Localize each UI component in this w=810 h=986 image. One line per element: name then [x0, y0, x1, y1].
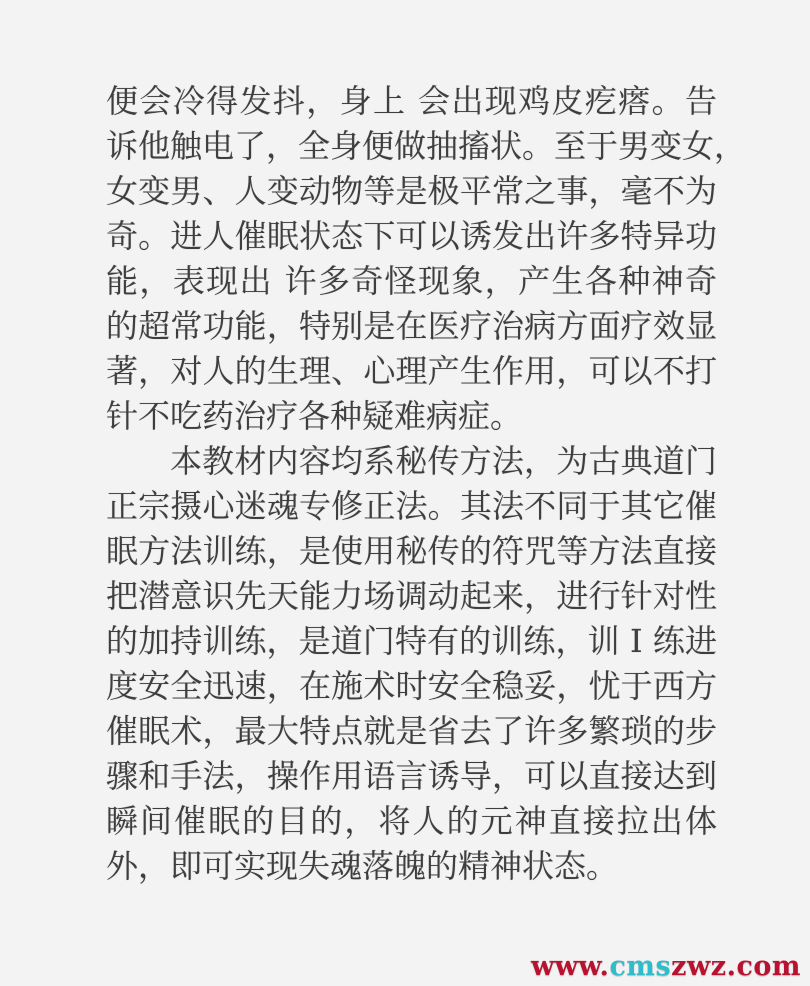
text-line: 正宗摄心迷魂专修正法。其法不同于其它催 [106, 484, 717, 529]
text-line: 的加持训练，是道门特有的训练，训 I 练进 [106, 619, 717, 664]
text-line: 女变男、人变动物等是极平常之事，毫不为 [106, 169, 717, 214]
watermark: www.cmszwz.com [531, 951, 801, 982]
text-line: 眠方法训练，是使用秘传的符咒等方法直接 [106, 529, 717, 574]
text-line: 奇。进人催眠状态下可以诱发出许多特异功 [106, 214, 717, 259]
watermark-segment: cms [609, 951, 671, 982]
watermark-segment: zwz.com [671, 951, 801, 982]
scanned-page: 便会冷得发抖，身上 会出现鸡皮疙瘩。告诉他触电了，全身便做抽搐状。至于男变女，女… [0, 0, 810, 986]
text-line: 针不吃药治疗各种疑难病症。 [106, 394, 717, 439]
watermark-segment: www. [531, 951, 609, 982]
text-line: 的超常功能，特别是在医疗治病方面疗效显 [106, 304, 717, 349]
text-line: 本教材内容均系秘传方法，为古典道门 [106, 439, 717, 484]
text-line: 度安全迅速，在施术时安全稳妥，忧于西方 [106, 664, 717, 709]
text-line: 把潜意识先天能力场调动起来，进行针对性 [106, 574, 717, 619]
text-line: 催眠术，最大特点就是省去了许多繁琐的步 [106, 709, 717, 754]
text-line: 便会冷得发抖，身上 会出现鸡皮疙瘩。告 [106, 79, 717, 124]
text-block: 便会冷得发抖，身上 会出现鸡皮疙瘩。告诉他触电了，全身便做抽搐状。至于男变女，女… [106, 79, 717, 889]
text-line: 能，表现出 许多奇怪现象，产生各种神奇 [106, 259, 717, 304]
text-line: 瞬间催眠的目的，将人的元神直接拉出体 [106, 799, 717, 844]
text-line: 骤和手法，操作用语言诱导，可以直接达到 [106, 754, 717, 799]
text-line: 外，即可实现失魂落魄的精神状态。 [106, 844, 717, 889]
text-line: 诉他触电了，全身便做抽搐状。至于男变女， [106, 124, 717, 169]
text-line: 著，对人的生理、心理产生作用，可以不打 [106, 349, 717, 394]
